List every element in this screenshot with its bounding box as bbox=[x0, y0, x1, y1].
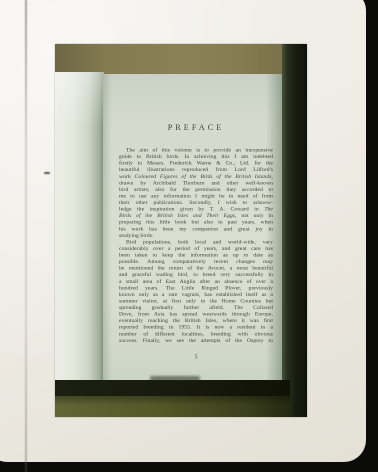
text-line: success. Finally, we see the attempts of… bbox=[119, 337, 273, 344]
dark-backdrop bbox=[282, 44, 307, 417]
paper-crease bbox=[25, 0, 27, 472]
page-title: PREFACE bbox=[119, 123, 273, 133]
printed-page-content: PREFACE The aim of this volume is to pro… bbox=[119, 44, 273, 417]
margin-mark bbox=[44, 172, 50, 174]
curled-page-block bbox=[55, 72, 104, 382]
text-block: The aim of this volume is to provide an … bbox=[119, 147, 273, 344]
scan-background: { "book_page": { "title": "PREFACE", "pa… bbox=[0, 0, 378, 472]
photograph: PREFACE The aim of this volume is to pro… bbox=[55, 44, 307, 417]
page-number: 5 bbox=[119, 353, 273, 361]
